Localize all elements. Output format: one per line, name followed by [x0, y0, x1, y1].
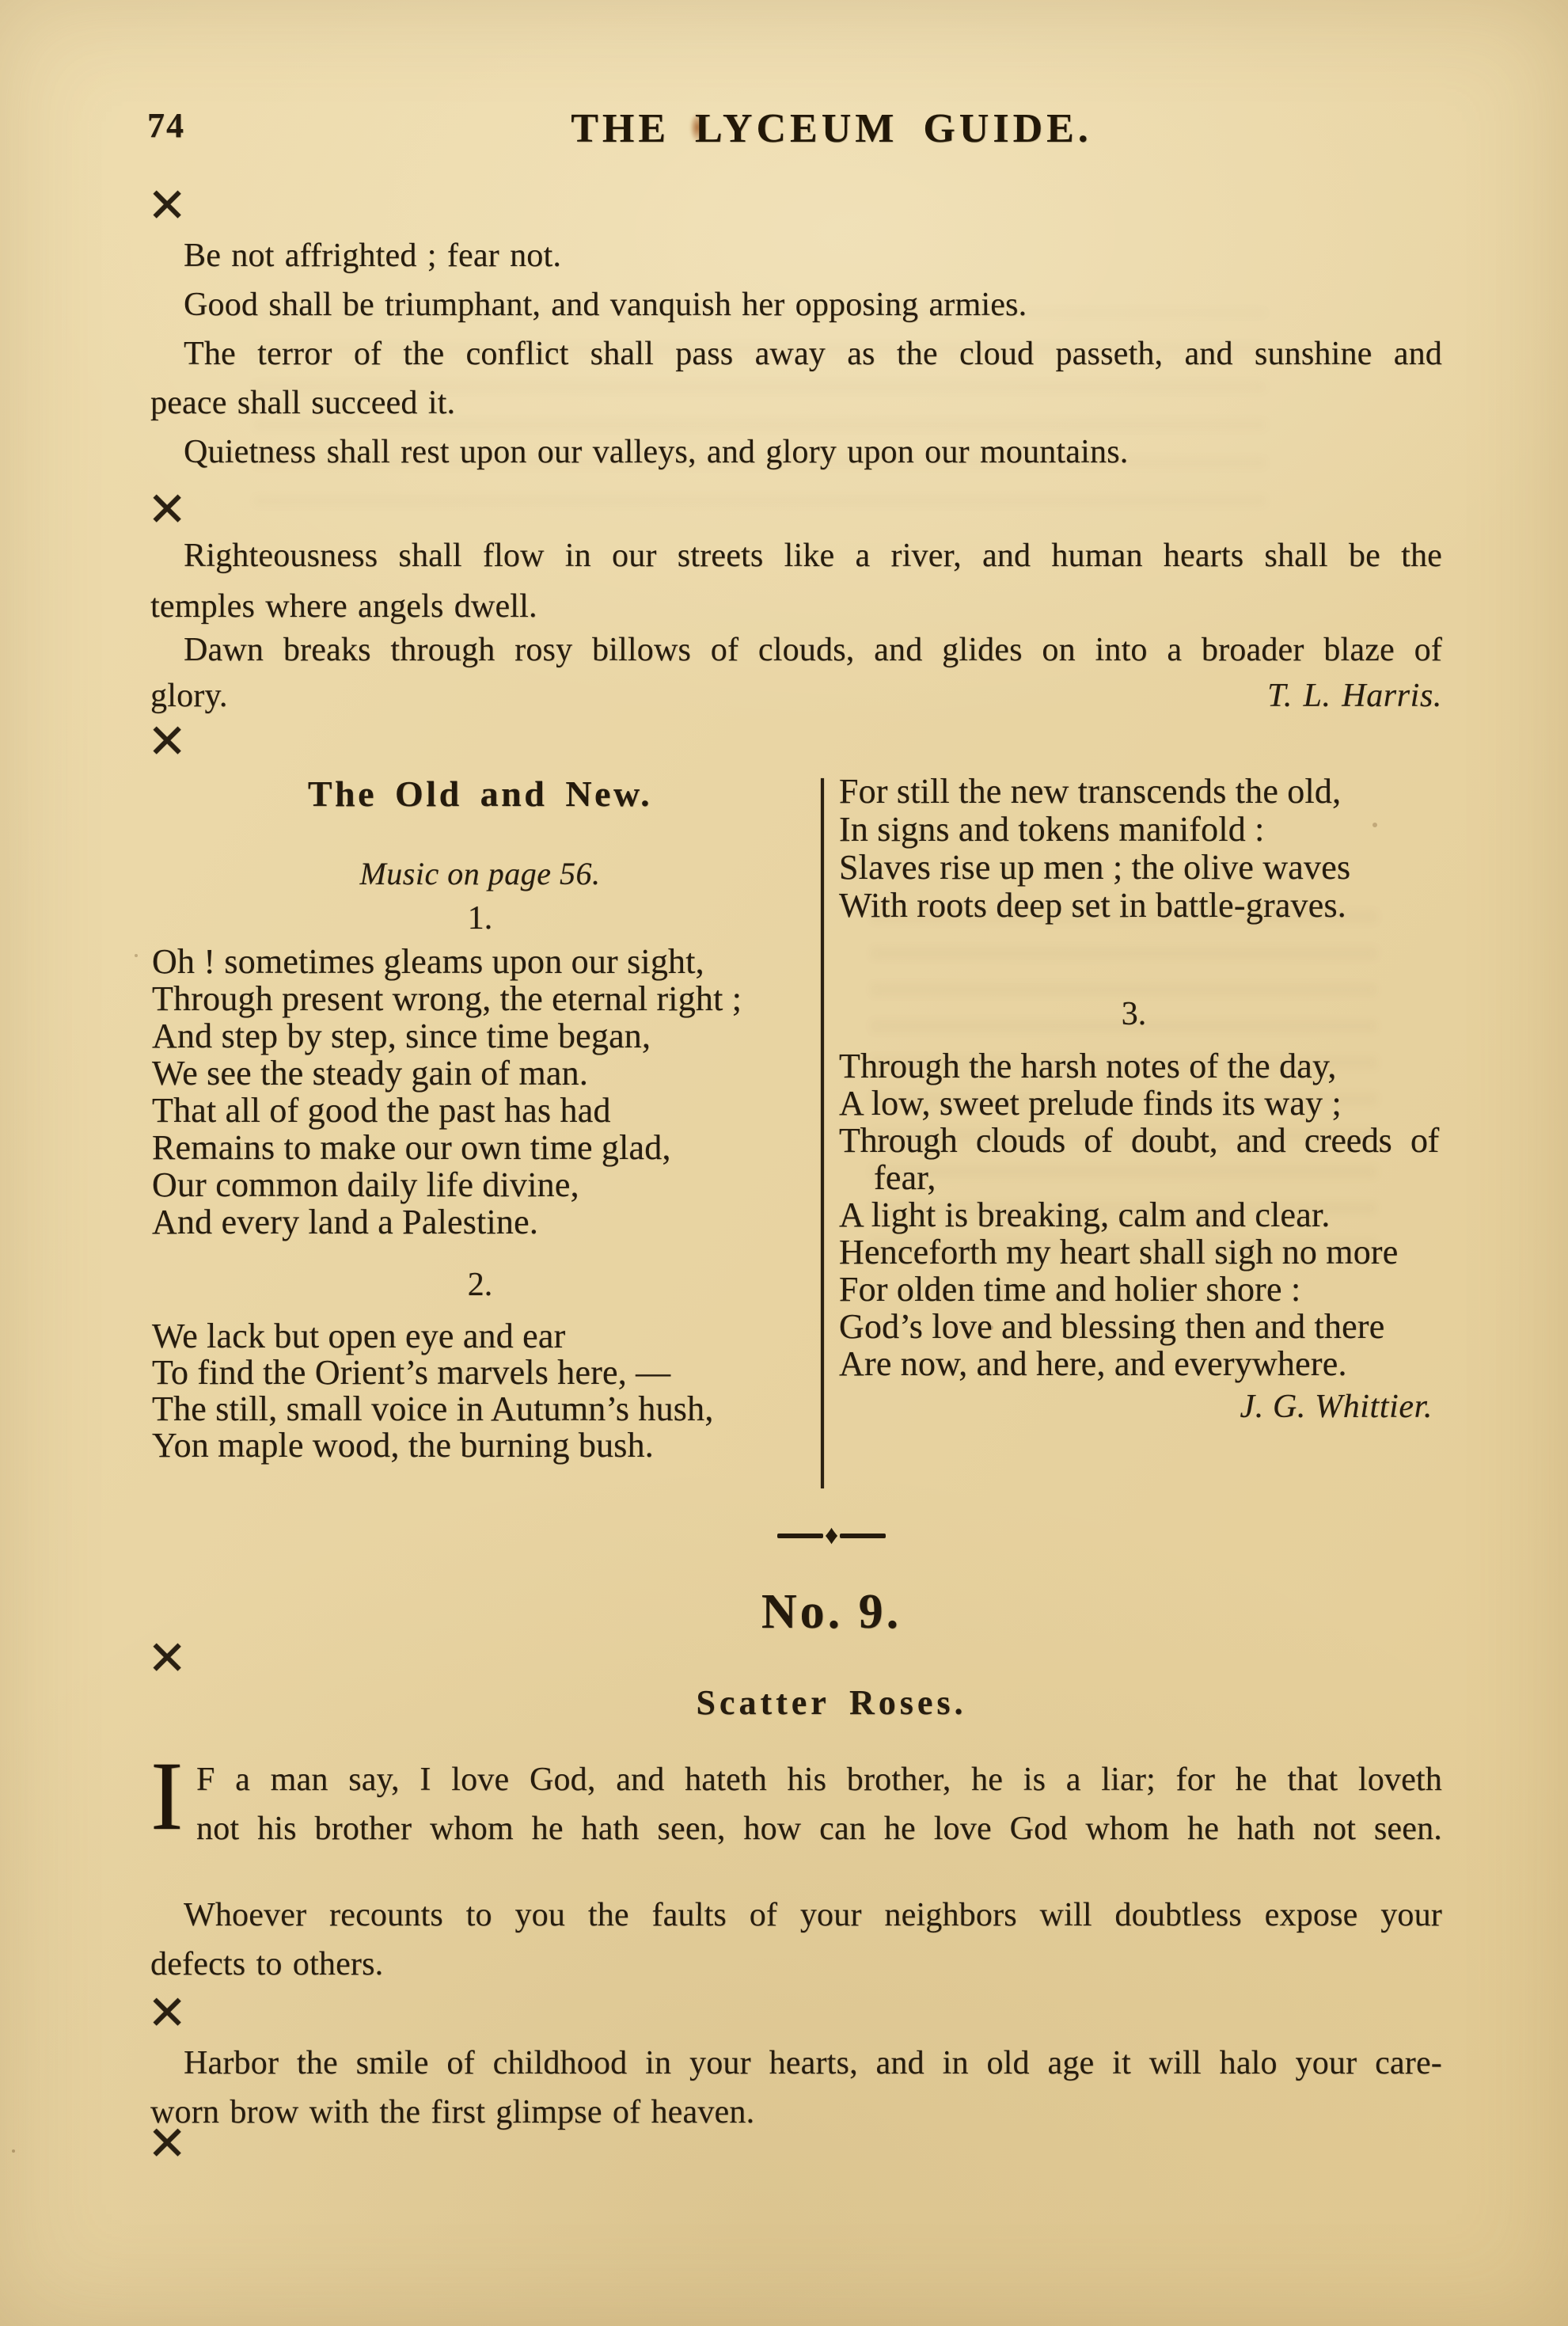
page-title: THE LYCEUM GUIDE.: [95, 105, 1568, 152]
x-separator-icon: ✕: [147, 182, 187, 230]
verse-line: Oh ! sometimes gleams upon our sight,: [152, 944, 704, 979]
verse-line: The still, small voice in Autumn’s hush,: [152, 1392, 714, 1427]
reading-line: The terror of the conflict shall pass aw…: [150, 337, 1442, 371]
verse-line: Are now, and here, and everywhere.: [839, 1347, 1347, 1382]
verse-line: God’s love and blessing then and there: [839, 1309, 1384, 1344]
verse-line: A low, sweet prelude finds its way ;: [839, 1086, 1342, 1121]
verse-line: Through clouds of doubt, and creeds of: [839, 1123, 1439, 1158]
section-number: No. 9.: [95, 1584, 1568, 1640]
verse-line: For still the new transcends the old,: [839, 774, 1341, 809]
verse-line: And step by step, since time began,: [152, 1019, 651, 1054]
verse-line: That all of good the past has had: [152, 1093, 611, 1128]
ornament-rule-left: [777, 1534, 823, 1538]
verse-line: Remains to make our own time glad,: [152, 1131, 671, 1165]
scatter-line: worn brow with the first glimpse of heav…: [150, 2096, 754, 2129]
ornament-rule-right: [840, 1534, 886, 1538]
x-separator-icon: ✕: [147, 1635, 187, 1682]
verse-line: With roots deep set in battle-graves.: [839, 888, 1346, 923]
verse-number: 1.: [139, 902, 822, 935]
x-separator-icon: ✕: [147, 1990, 187, 2037]
scatter-line: Harbor the smile of childhood in your he…: [150, 2047, 1442, 2080]
scatter-line: Whoever recounts to you the faults of yo…: [150, 1898, 1442, 1932]
verse-line: Through present wrong, the eternal right…: [152, 982, 742, 1017]
section-divider-ornament: ♦: [95, 1528, 1568, 1544]
scatter-line: defects to others.: [150, 1948, 383, 1981]
drop-cap-initial: I: [150, 1747, 183, 1845]
scatter-line: not his brother whom he hath seen, how c…: [196, 1812, 1442, 1845]
verse-line: Yon maple wood, the burning bush.: [152, 1428, 654, 1463]
verse-number: 2.: [139, 1268, 822, 1302]
reading-line: Good shall be triumphant, and vanquish h…: [184, 288, 1027, 321]
x-separator-icon: ✕: [147, 718, 187, 766]
verse-number: 3.: [826, 998, 1442, 1031]
verse-line: fear,: [874, 1161, 936, 1195]
reading-line: temples where angels dwell.: [150, 590, 537, 623]
reading-line: Be not affrighted ; fear not.: [184, 239, 561, 272]
verse-line: In signs and tokens manifold :: [839, 812, 1265, 847]
hymn-music-note: Music on page 56.: [139, 855, 822, 892]
reading-line: Dawn breaks through rosy billows of clou…: [150, 633, 1442, 667]
verse-line: Slaves rise up men ; the olive waves: [839, 850, 1350, 885]
verse-line: Through the harsh notes of the day,: [839, 1049, 1337, 1084]
section-title: Scatter Roses.: [95, 1682, 1568, 1723]
author-attribution: T. L. Harris.: [1267, 679, 1442, 713]
hymn-title: The Old and New.: [139, 773, 822, 815]
verse-line: We see the steady gain of man.: [152, 1056, 588, 1091]
reading-line: Righteousness shall flow in our streets …: [150, 539, 1442, 572]
reading-line: peace shall succeed it.: [150, 386, 455, 420]
verse-line: A light is breaking, calm and clear.: [839, 1198, 1331, 1233]
verse-line: For olden time and holier shore :: [839, 1272, 1300, 1307]
verse-line: Our common daily life divine,: [152, 1168, 579, 1203]
scatter-line: F a man say, I love God, and hateth his …: [196, 1763, 1442, 1796]
reading-line-end: glory.: [150, 679, 228, 713]
verse-line: Henceforth my heart shall sigh no more: [839, 1235, 1399, 1270]
verse-line: We lack but open eye and ear: [152, 1319, 565, 1354]
verse-line: And every land a Palestine.: [152, 1205, 538, 1240]
reading-line: glory. T. L. Harris.: [150, 679, 1442, 713]
author-attribution: J. G. Whittier.: [826, 1388, 1444, 1426]
diamond-icon: ♦: [825, 1528, 838, 1544]
x-separator-icon: ✕: [147, 486, 187, 534]
verse-line: To find the Orient’s marvels here, —: [152, 1355, 670, 1390]
reading-line: Quietness shall rest upon our valleys, a…: [184, 435, 1128, 469]
